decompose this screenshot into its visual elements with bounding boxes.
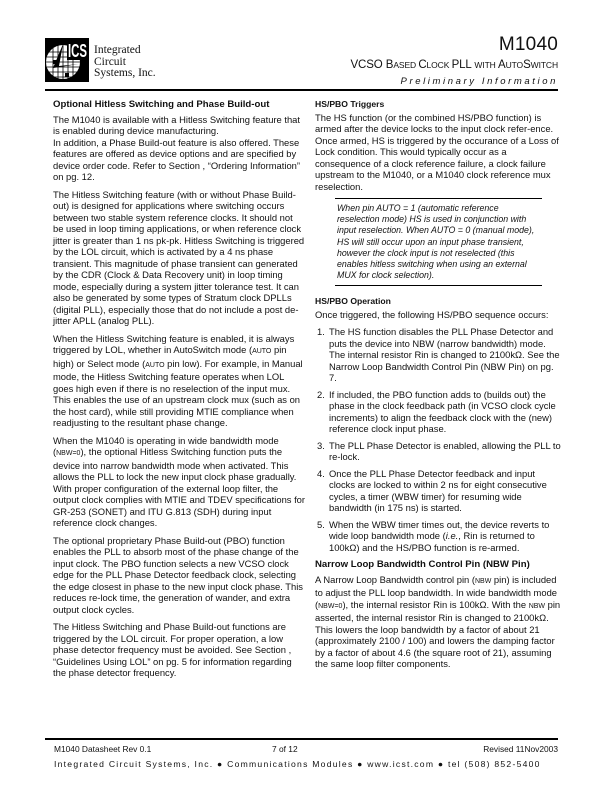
paragraph: The optional proprietary Phase Build-out… (53, 535, 305, 616)
step-text: Once the PLL Phase Detector feedback and… (329, 468, 547, 514)
subtitle-part: UTO (506, 60, 524, 70)
step-number: 4. (317, 468, 325, 480)
footer-doc-revision: M1040 Datasheet Rev 0.1 (54, 744, 151, 754)
step-number: 2. (317, 389, 325, 401)
section-heading-operation: HS/PBO Operation (315, 296, 563, 308)
document-status: Preliminary Information (401, 76, 558, 87)
paragraph: In addition, a Phase Build-out feature i… (53, 137, 305, 183)
document-subtitle: VCSO BASED CLOCK PLL WITH AUTOSWITCH (350, 59, 558, 71)
pin-name: AUTO (145, 362, 164, 369)
subtitle-part: LOCK (427, 60, 452, 70)
company-line: Integrated (94, 45, 156, 57)
paragraph: The M1040 is available with a Hitless Sw… (53, 114, 305, 137)
subtitle-part: WITH (474, 60, 498, 70)
right-column: HS/PBO Triggers The HS function (or the … (315, 99, 563, 676)
step-item: 3.The PLL Phase Detector is enabled, all… (315, 440, 563, 463)
subtitle-part: S (523, 59, 531, 71)
paragraph: The HS function (or the combined HS/PBO … (315, 112, 563, 193)
paragraph: When the M1040 is operating in wide band… (53, 435, 305, 529)
step-item: 4.Once the PLL Phase Detector feedback a… (315, 468, 563, 514)
subtitle-part: VCSO (350, 59, 385, 71)
operation-steps: 1.The HS function disables the PLL Phase… (315, 326, 563, 553)
step-item: 1.The HS function disables the PLL Phase… (315, 326, 563, 384)
subtitle-part: ASED (393, 60, 418, 70)
pin-name: NBW=0 (56, 450, 80, 457)
pin-name: AUTO (252, 348, 271, 355)
step-text: If included, the PBO function adds to (b… (329, 389, 556, 435)
page-number: 7 of 12 (272, 744, 298, 754)
text-segment: A Narrow Loop Bandwidth control pin ( (315, 574, 475, 585)
section-heading-nbw: Narrow Loop Bandwidth Control Pin (NBW P… (315, 559, 563, 571)
company-line: Systems, Inc. (94, 68, 156, 80)
document-id: M1040 (499, 34, 558, 56)
section-heading-hitless: Optional Hitless Switching and Phase Bui… (53, 99, 305, 111)
section-heading-triggers: HS/PBO Triggers (315, 99, 563, 111)
step-item: 5.When the WBW timer times out, the devi… (315, 519, 563, 554)
step-number: 3. (317, 440, 325, 452)
subtitle-part: C (418, 59, 426, 71)
paragraph: A Narrow Loop Bandwidth control pin (NBW… (315, 574, 563, 670)
subtitle-part: WITCH (531, 60, 558, 70)
left-column: Optional Hitless Switching and Phase Bui… (53, 99, 305, 685)
pin-name: NBW (529, 603, 545, 610)
pin-name: NBW (475, 578, 491, 585)
step-text: The PLL Phase Detector is enabled, allow… (329, 440, 561, 463)
footer-divider (45, 738, 558, 740)
step-number: 5. (317, 519, 325, 531)
note-box: When pin AUTO = 1 (automatic reference r… (335, 198, 542, 286)
footer-revised-date: Revised 11Nov2003 (483, 744, 558, 754)
pin-name: NBW=0 (318, 603, 342, 610)
paragraph: The Hitless Switching and Phase Build-ou… (53, 621, 305, 679)
company-name: Integrated Circuit Systems, Inc. (94, 45, 156, 80)
step-item: 2.If included, the PBO function adds to … (315, 389, 563, 435)
ics-logo-icon: ICS (45, 38, 89, 82)
header-divider (45, 89, 558, 91)
svg-text:ICS: ICS (68, 41, 87, 61)
subtitle-part: A (498, 59, 506, 71)
text-segment: ), the internal resistor Rin is 100kΩ. W… (342, 599, 528, 610)
step-number: 1. (317, 326, 325, 338)
paragraph: The Hitless Switching feature (with or w… (53, 189, 305, 327)
step-text: The HS function disables the PLL Phase D… (329, 326, 560, 383)
subtitle-part: PLL (452, 59, 475, 71)
step-text-emphasis: i.e. (446, 530, 459, 541)
text-segment: ), the optional Hitless Switching functi… (53, 446, 305, 528)
footer-contact-line: Integrated Circuit Systems, Inc. ● Commu… (54, 759, 541, 769)
paragraph: Once triggered, the following HS/PBO seq… (315, 309, 563, 321)
paragraph: When the Hitless Switching feature is en… (53, 333, 305, 429)
